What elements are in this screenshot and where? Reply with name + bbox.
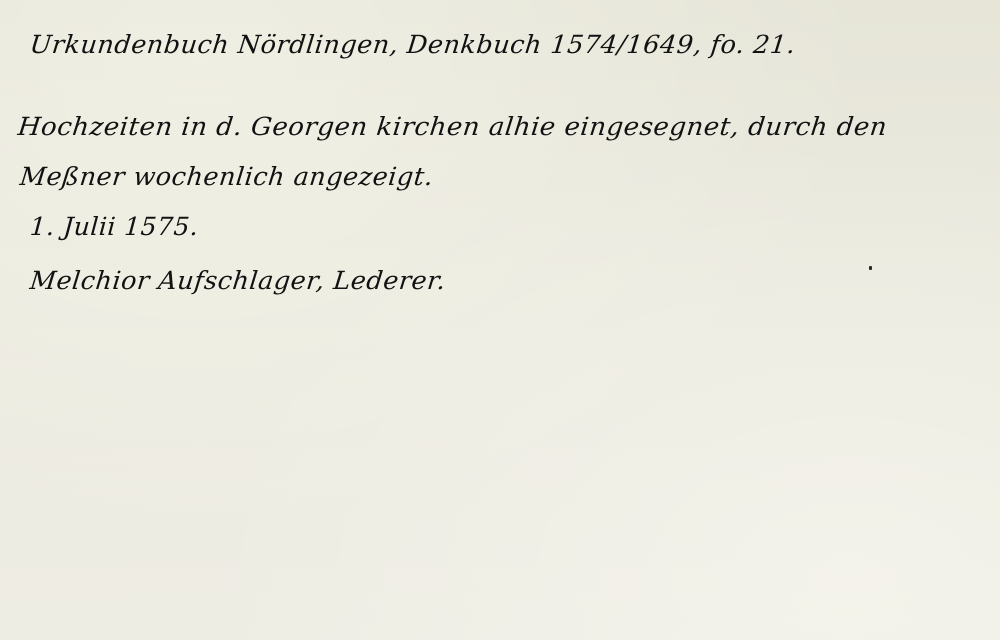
ink-speck (869, 266, 872, 270)
paper-speck (190, 130, 192, 132)
entry-person: Melchior Aufschlager, Lederer. (28, 266, 447, 295)
index-card: Urkundenbuch Nördlingen, Denkbuch 1574/1… (0, 0, 1000, 640)
source-reference-line: Urkundenbuch Nördlingen, Denkbuch 1574/1… (28, 30, 797, 59)
entry-heading-line-1: Hochzeiten in d. Georgen kirchen alhie e… (16, 112, 888, 141)
entry-date: 1. Julii 1575. (29, 212, 199, 241)
entry-heading-line-2: Meßner wochenlich angezeigt. (18, 162, 434, 191)
